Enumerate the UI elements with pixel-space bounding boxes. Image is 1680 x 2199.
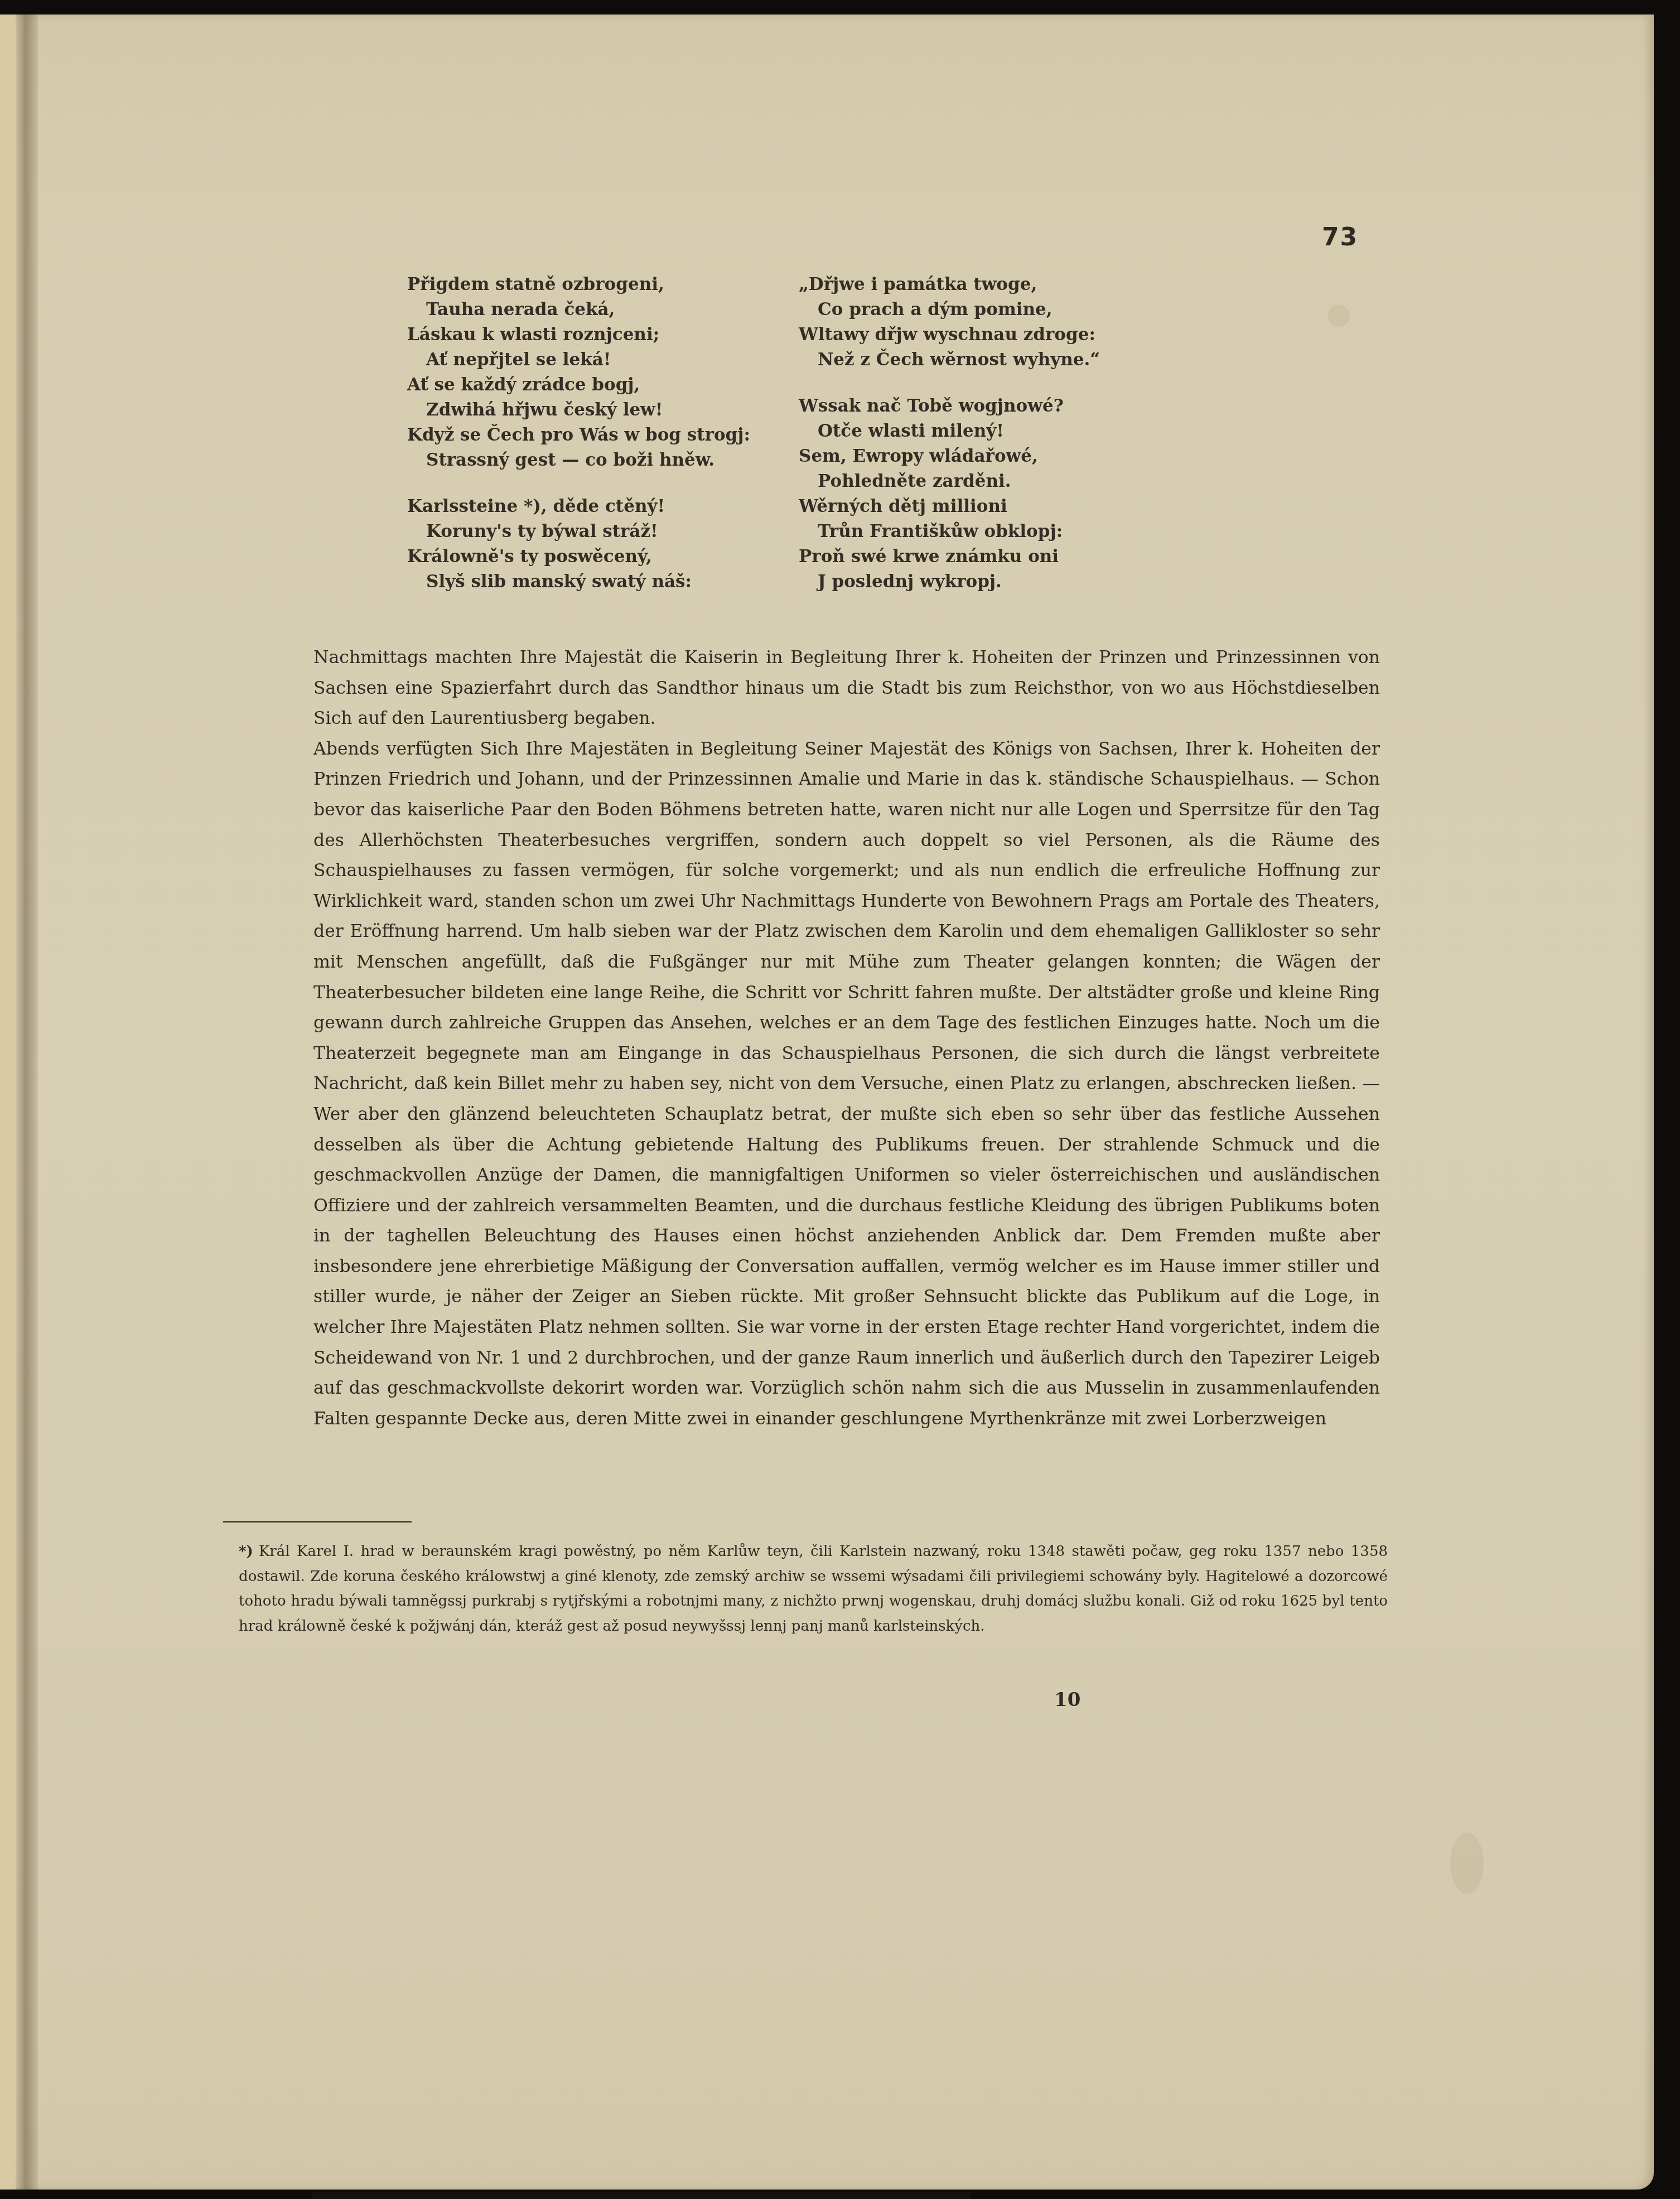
paragraph: Nachmittags machten Ihre Majestät die Ka… <box>313 642 1380 734</box>
verse-line: Sem, Ewropy wládařowé, <box>799 444 1189 469</box>
verse-line: Ať se každý zrádce bogj, <box>407 373 786 398</box>
verse-line: Wěrných dětj millioni <box>799 494 1189 519</box>
poem-stanza: Karlssteine *), děde ctěný! Koruny's ty … <box>407 494 786 595</box>
verse-line: Wltawy dřjw wyschnau zdroge: <box>799 322 1189 347</box>
paper-stain <box>1327 305 1350 327</box>
verse-line: Strassný gest — co boži hněw. <box>407 448 786 473</box>
page-edge <box>0 15 16 2190</box>
verse-line: Králowně's ty poswěcený, <box>407 544 786 569</box>
verse-line: Co prach a dým pomine, <box>799 297 1189 322</box>
verse-line: J poslednj wykropj. <box>799 569 1189 595</box>
poem-stanza: Přigdem statně ozbrogeni, Tauha nerada č… <box>407 272 786 473</box>
footnote-divider <box>223 1521 412 1523</box>
verse-line: Pohledněte zarděni. <box>799 469 1189 494</box>
verse-line: Když se Čech pro Wás w bog strogj: <box>407 423 786 448</box>
paragraph: Abends verfügten Sich Ihre Majestäten in… <box>313 734 1380 1434</box>
paper-stain <box>1450 1833 1484 1894</box>
verse-line: „Dřjwe i památka twoge, <box>799 272 1189 297</box>
verse-line: Ať nepřjtel se leká! <box>407 347 786 373</box>
signature-mark: 10 <box>1054 1689 1080 1711</box>
footnote-text: Král Karel I. hrad w beraunském kragi po… <box>239 1543 1388 1635</box>
poem-right-column: „Dřjwe i památka twoge, Co prach a dým p… <box>799 272 1189 616</box>
page-number: 73 <box>1322 223 1358 252</box>
poem-left-column: Přigdem statně ozbrogeni, Tauha nerada č… <box>407 272 786 616</box>
poem-stanza: Wssak nač Tobě wogjnowé? Otče wlasti mil… <box>799 394 1189 595</box>
body-text: Nachmittags machten Ihre Majestät die Ka… <box>313 642 1380 1434</box>
poem-stanza: „Dřjwe i památka twoge, Co prach a dým p… <box>799 272 1189 373</box>
verse-line: Tauha nerada čeká, <box>407 297 786 322</box>
verse-line: Proň swé krwe známku oni <box>799 544 1189 569</box>
verse-line: Trůn Františkůw obklopj: <box>799 519 1189 544</box>
verse-line: Než z Čech wěrnost wyhyne.“ <box>799 347 1189 373</box>
footnote: *)Král Karel I. hrad w beraunském kragi … <box>239 1539 1388 1639</box>
footnote-marker: *) <box>239 1543 253 1560</box>
verse-line: Wssak nač Tobě wogjnowé? <box>799 394 1189 419</box>
verse-line: Přigdem statně ozbrogeni, <box>407 272 786 297</box>
verse-line: Zdwihá hřjwu český lew! <box>407 398 786 423</box>
scanner-edge <box>312 2192 971 2199</box>
verse-line: Slyš slib manský swatý náš: <box>407 569 786 595</box>
verse-line: Láskau k wlasti roznjceni; <box>407 322 786 347</box>
verse-line: Koruny's ty býwal stráž! <box>407 519 786 544</box>
binding-gutter-shadow <box>16 15 38 2190</box>
verse-line: Otče wlasti milený! <box>799 419 1189 444</box>
verse-line: Karlssteine *), děde ctěný! <box>407 494 786 519</box>
